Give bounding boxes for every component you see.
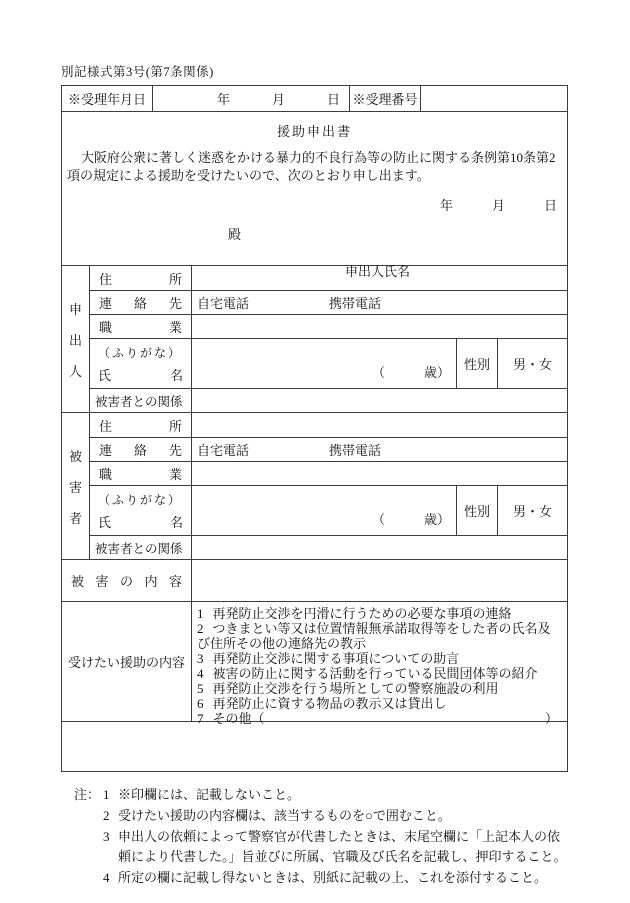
mobile-phone-label: 携帯電話 — [329, 293, 381, 312]
relation-label: 被害者との関係 — [90, 389, 192, 412]
victim-sex-options[interactable]: 男・女 — [497, 486, 567, 535]
assistance-item-5: 5再発防止交渉を行う場所としての警察施設の利用 — [197, 681, 562, 696]
assistance-item-7-blank[interactable] — [265, 711, 545, 726]
victim-char: 害 — [69, 477, 82, 496]
note-item-4: 4 所定の欄に記載し得ないときは、別紙に記載の上、これを添付すること。 — [74, 868, 568, 888]
applicant-name-field[interactable]: （ 歳） — [192, 339, 456, 388]
notes-section: 注： 1 ※印欄には、記載しないこと。 2 受けたい援助の内容欄は、該当するもの… — [61, 785, 568, 888]
document-page: 別記様式第3号(第7条関係) ※受理年月日 年 月 日 ※受理番号 援助申出書 … — [0, 0, 630, 903]
date-year-label: 年 — [440, 195, 453, 214]
age-placeholder: （ 歳） — [372, 362, 450, 381]
victim-section-label: 被 害 者 — [62, 413, 90, 559]
applicant-char: 人 — [69, 361, 82, 380]
form-number-header: 別記様式第3号(第7条関係) — [61, 62, 568, 80]
victim-relation-field[interactable] — [192, 536, 567, 559]
assistance-list: 1再発防止交渉を円滑に行うための必要な事項の連絡 2つきまとい等又は位置情報無承… — [192, 602, 567, 721]
intro-cell: 援助申出書 大阪府公衆に著しく迷惑をかける暴力的不良行為等の防止に関する条例第1… — [62, 111, 567, 265]
victim-char: 被 — [69, 446, 82, 465]
reception-row: ※受理年月日 年 月 日 ※受理番号 — [62, 86, 567, 111]
date-month-label: 月 — [492, 195, 505, 214]
home-phone-label: 自宅電話 — [197, 293, 329, 312]
assistance-row: 受けたい援助の内容 1再発防止交渉を円滑に行うための必要な事項の連絡 2つきまと… — [62, 601, 567, 721]
assistance-item-2: 2つきまとい等又は位置情報無承諾取得等をした者の氏名及び住所その他の連絡先の教示 — [197, 621, 562, 651]
assistance-item-6: 6再発防止に資する物品の教示又は貸出し — [197, 696, 562, 711]
victim-section: 被 害 者 住 所 連 絡 — [62, 412, 567, 559]
applicant-rows: 住 所 連 絡 先 自宅電話 携帯電話 — [90, 266, 567, 412]
reception-day-label: 日 — [327, 89, 340, 108]
victim-name-field[interactable]: （ 歳） — [192, 486, 456, 535]
date-day-label: 日 — [544, 195, 557, 214]
form-table: ※受理年月日 年 月 日 ※受理番号 援助申出書 大阪府公衆に著しく迷惑をかける… — [61, 85, 568, 772]
applicant-relation-row: 被害者との関係 — [90, 388, 567, 412]
relation-label: 被害者との関係 — [90, 536, 192, 559]
reception-number-field[interactable] — [420, 86, 567, 111]
applicant-address-field[interactable] — [192, 266, 567, 290]
applicant-contact-row: 連 絡 先 自宅電話 携帯電話 — [90, 290, 567, 314]
victim-address-row: 住 所 — [90, 413, 567, 437]
applicant-section-label: 申 出 人 — [62, 266, 90, 412]
applicant-occupation-field[interactable] — [192, 315, 567, 338]
form-title: 援助申出書 — [62, 121, 567, 140]
addressee-honorific: 殿 — [228, 224, 241, 243]
age-placeholder: （ 歳） — [372, 509, 450, 528]
assistance-item-1: 1再発防止交渉を円滑に行うための必要な事項の連絡 — [197, 606, 562, 621]
reception-date-label: ※受理年月日 — [62, 86, 152, 111]
victim-occupation-row: 職 業 — [90, 461, 567, 485]
contact-label: 連 絡 先 — [90, 438, 192, 461]
tail-blank-field[interactable] — [62, 721, 567, 771]
name-label: （ふりがな） 氏 名 — [90, 486, 192, 535]
victim-address-field[interactable] — [192, 413, 567, 437]
note-item-2: 2 受けたい援助の内容欄は、該当するものを○で囲むこと。 — [74, 806, 568, 826]
assistance-item-7: 7その他（ ） — [197, 711, 562, 726]
form-content: 別記様式第3号(第7条関係) ※受理年月日 年 月 日 ※受理番号 援助申出書 … — [61, 62, 568, 888]
damage-label: 被 害 の 内 容 — [62, 560, 192, 601]
assistance-item-3: 3再発防止交渉に関する事項についての助言 — [197, 651, 562, 666]
intro-paragraph: 大阪府公衆に著しく迷惑をかける暴力的不良行為等の防止に関する条例第10条第2項の… — [67, 149, 562, 185]
address-label: 住 所 — [90, 266, 192, 290]
applicant-char: 出 — [69, 330, 82, 349]
victim-contact-field[interactable]: 自宅電話 携帯電話 — [192, 438, 567, 461]
contact-label: 連 絡 先 — [90, 291, 192, 314]
occupation-label: 職 業 — [90, 315, 192, 338]
applicant-char: 申 — [69, 299, 82, 318]
home-phone-label: 自宅電話 — [197, 440, 329, 459]
applicant-section: 申 出 人 住 所 連 絡 — [62, 265, 567, 412]
applicant-sex-options[interactable]: 男・女 — [497, 339, 567, 388]
reception-month-label: 月 — [272, 89, 285, 108]
submission-date-field[interactable]: 年 月 日 — [62, 195, 567, 214]
damage-field[interactable] — [192, 560, 567, 601]
applicant-contact-field[interactable]: 自宅電話 携帯電話 — [192, 291, 567, 314]
note-item-1: 注： 1 ※印欄には、記載しないこと。 — [74, 785, 568, 805]
note-item-3: 3 申出人の依頼によって警察官が代書したときは、末尾空欄に「上記本人の依頼により… — [74, 827, 568, 867]
name-label: （ふりがな） 氏 名 — [90, 339, 192, 388]
reception-year-label: 年 — [217, 89, 230, 108]
assistance-label: 受けたい援助の内容 — [62, 602, 192, 721]
furigana-label: （ふりがな） — [98, 491, 183, 508]
assistance-item-4: 4被害の防止に関する活動を行っている民間団体等の紹介 — [197, 666, 562, 681]
reception-number-label: ※受理番号 — [349, 86, 420, 111]
victim-char: 者 — [69, 508, 82, 527]
applicant-name-row: （ふりがな） 氏 名 （ 歳） 性別 男・女 — [90, 338, 567, 388]
addressee-line: 殿 — [62, 224, 567, 243]
mobile-phone-label: 携帯電話 — [329, 440, 381, 459]
applicant-address-row: 住 所 — [90, 266, 567, 290]
sex-label: 性別 — [456, 339, 497, 388]
victim-rows: 住 所 連 絡 先 自宅電話 携帯電話 — [90, 413, 567, 559]
addressee-field[interactable] — [162, 224, 228, 243]
reception-date-field[interactable]: 年 月 日 — [152, 86, 349, 111]
occupation-label: 職 業 — [90, 462, 192, 485]
victim-relation-row: 被害者との関係 — [90, 535, 567, 559]
victim-contact-row: 連 絡 先 自宅電話 携帯電話 — [90, 437, 567, 461]
sex-label: 性別 — [456, 486, 497, 535]
applicant-occupation-row: 職 業 — [90, 314, 567, 338]
damage-row: 被 害 の 内 容 — [62, 559, 567, 601]
furigana-label: （ふりがな） — [98, 344, 183, 361]
victim-name-row: （ふりがな） 氏 名 （ 歳） 性別 男・女 — [90, 485, 567, 535]
victim-occupation-field[interactable] — [192, 462, 567, 485]
note-prefix: 注： — [74, 785, 103, 805]
applicant-relation-field[interactable] — [192, 389, 567, 412]
address-label: 住 所 — [90, 413, 192, 437]
